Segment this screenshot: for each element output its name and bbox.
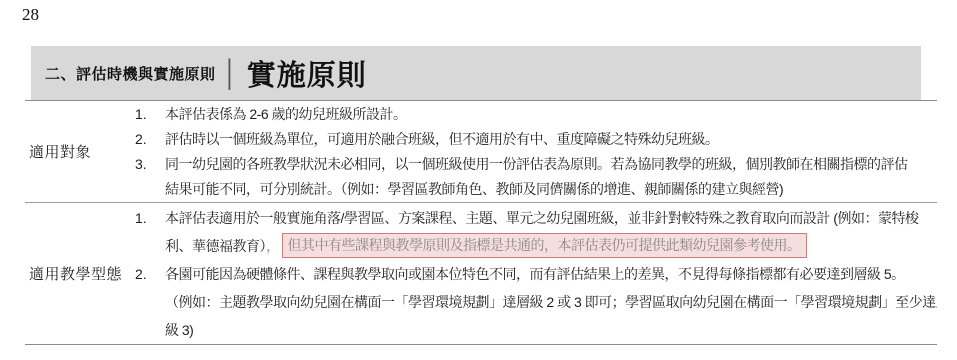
list-item-number: 1. bbox=[135, 102, 165, 127]
list-item-text: 各園可能因為硬體條件、課程與教學取向或園本位特色不同，而有評估結果上的差異，不見… bbox=[165, 260, 937, 344]
list-item: 2. 各園可能因為硬體條件、課程與教學取向或園本位特色不同，而有評估結果上的差異… bbox=[135, 260, 937, 344]
section-header-label: 二、評估時機與實施原則 bbox=[45, 63, 216, 84]
table-row-applicable-subjects: 適用對象 1. 本評估表係為 2-6 歲的幼兒班級所設計。 2. 評估時以一個班… bbox=[25, 101, 937, 203]
tracked-change-highlight-box: 但其中有些課程與教學原則及指標是共通的，本評估表仍可提供此類幼兒園參考使用。 bbox=[282, 233, 807, 258]
header-divider: │ bbox=[223, 60, 239, 86]
text-line: 評估時以一個班級為單位，可適用於融合班級，但不適用於有中、重度障礙之特殊幼兒班級… bbox=[165, 127, 937, 152]
text-line: 各園可能因為硬體條件、課程與教學取向或園本位特色不同，而有評估結果上的差異，不見… bbox=[165, 260, 937, 288]
text-line: 本評估表係為 2-6 歲的幼兒班級所設計。 bbox=[165, 102, 937, 127]
text-line: 本評估表適用於一般實施角落/學習區、方案課程、主題、單元之幼兒園班級，並非針對較… bbox=[165, 204, 937, 232]
row-content: 1. 本評估表適用於一般實施角落/學習區、方案課程、主題、單元之幼兒園班級，並非… bbox=[135, 203, 937, 344]
list-item: 3. 同一幼兒園的各班教學狀況未必相同，以一個班級使用一份評估表為原則。若為協同… bbox=[135, 152, 937, 202]
row-content: 1. 本評估表係為 2-6 歲的幼兒班級所設計。 2. 評估時以一個班級為單位，… bbox=[135, 101, 937, 202]
principles-table: 適用對象 1. 本評估表係為 2-6 歲的幼兒班級所設計。 2. 評估時以一個班… bbox=[25, 100, 937, 345]
list-item-number: 3. bbox=[135, 152, 165, 202]
list-item: 1. 本評估表適用於一般實施角落/學習區、方案課程、主題、單元之幼兒園班級，並非… bbox=[135, 204, 937, 260]
row-label-applicable-teaching-types: 適用教學型態 bbox=[25, 203, 135, 344]
list-item-text: 評估時以一個班級為單位，可適用於融合班級，但不適用於有中、重度障礙之特殊幼兒班級… bbox=[165, 127, 937, 152]
text-segment: 利、華德福教育） bbox=[165, 238, 266, 254]
list-item-number: 1. bbox=[135, 204, 165, 260]
list-item-number: 2. bbox=[135, 127, 165, 152]
tracked-change-comma: ， bbox=[266, 238, 280, 254]
text-line: 結果可能不同，可分別統計。（例如：學習區教師角色、教師及同儕關係的增進、親師關係… bbox=[165, 177, 937, 202]
text-line: 同一幼兒園的各班教學狀況未必相同，以一個班級使用一份評估表為原則。若為協同教學的… bbox=[165, 152, 937, 177]
text-line: 級 3) bbox=[165, 316, 937, 344]
page-number: 28 bbox=[22, 5, 39, 25]
list-item-text: 本評估表係為 2-6 歲的幼兒班級所設計。 bbox=[165, 102, 937, 127]
page-title: 實施原則 bbox=[247, 53, 367, 94]
list-item-text: 同一幼兒園的各班教學狀況未必相同，以一個班級使用一份評估表為原則。若為協同教學的… bbox=[165, 152, 937, 202]
list-item: 1. 本評估表係為 2-6 歲的幼兒班級所設計。 bbox=[135, 102, 937, 127]
document-page: 28 二、評估時機與實施原則 │ 實施原則 適用對象 1. 本評估表係為 2-6… bbox=[0, 0, 957, 360]
text-line-with-highlight: 利、華德福教育），但其中有些課程與教學原則及指標是共通的，本評估表仍可提供此類幼… bbox=[165, 232, 937, 260]
list-item-text: 本評估表適用於一般實施角落/學習區、方案課程、主題、單元之幼兒園班級，並非針對較… bbox=[165, 204, 937, 260]
row-label-applicable-subjects: 適用對象 bbox=[25, 101, 135, 202]
table-row-applicable-teaching-types: 適用教學型態 1. 本評估表適用於一般實施角落/學習區、方案課程、主題、單元之幼… bbox=[25, 203, 937, 344]
text-line: （例如：主題教學取向幼兒園在構面一「學習環境規劃」達層級 2 或 3 即可；學習… bbox=[165, 288, 937, 316]
section-header-bar: 二、評估時機與實施原則 │ 實施原則 bbox=[31, 46, 921, 100]
list-item: 2. 評估時以一個班級為單位，可適用於融合班級，但不適用於有中、重度障礙之特殊幼… bbox=[135, 127, 937, 152]
list-item-number: 2. bbox=[135, 260, 165, 344]
